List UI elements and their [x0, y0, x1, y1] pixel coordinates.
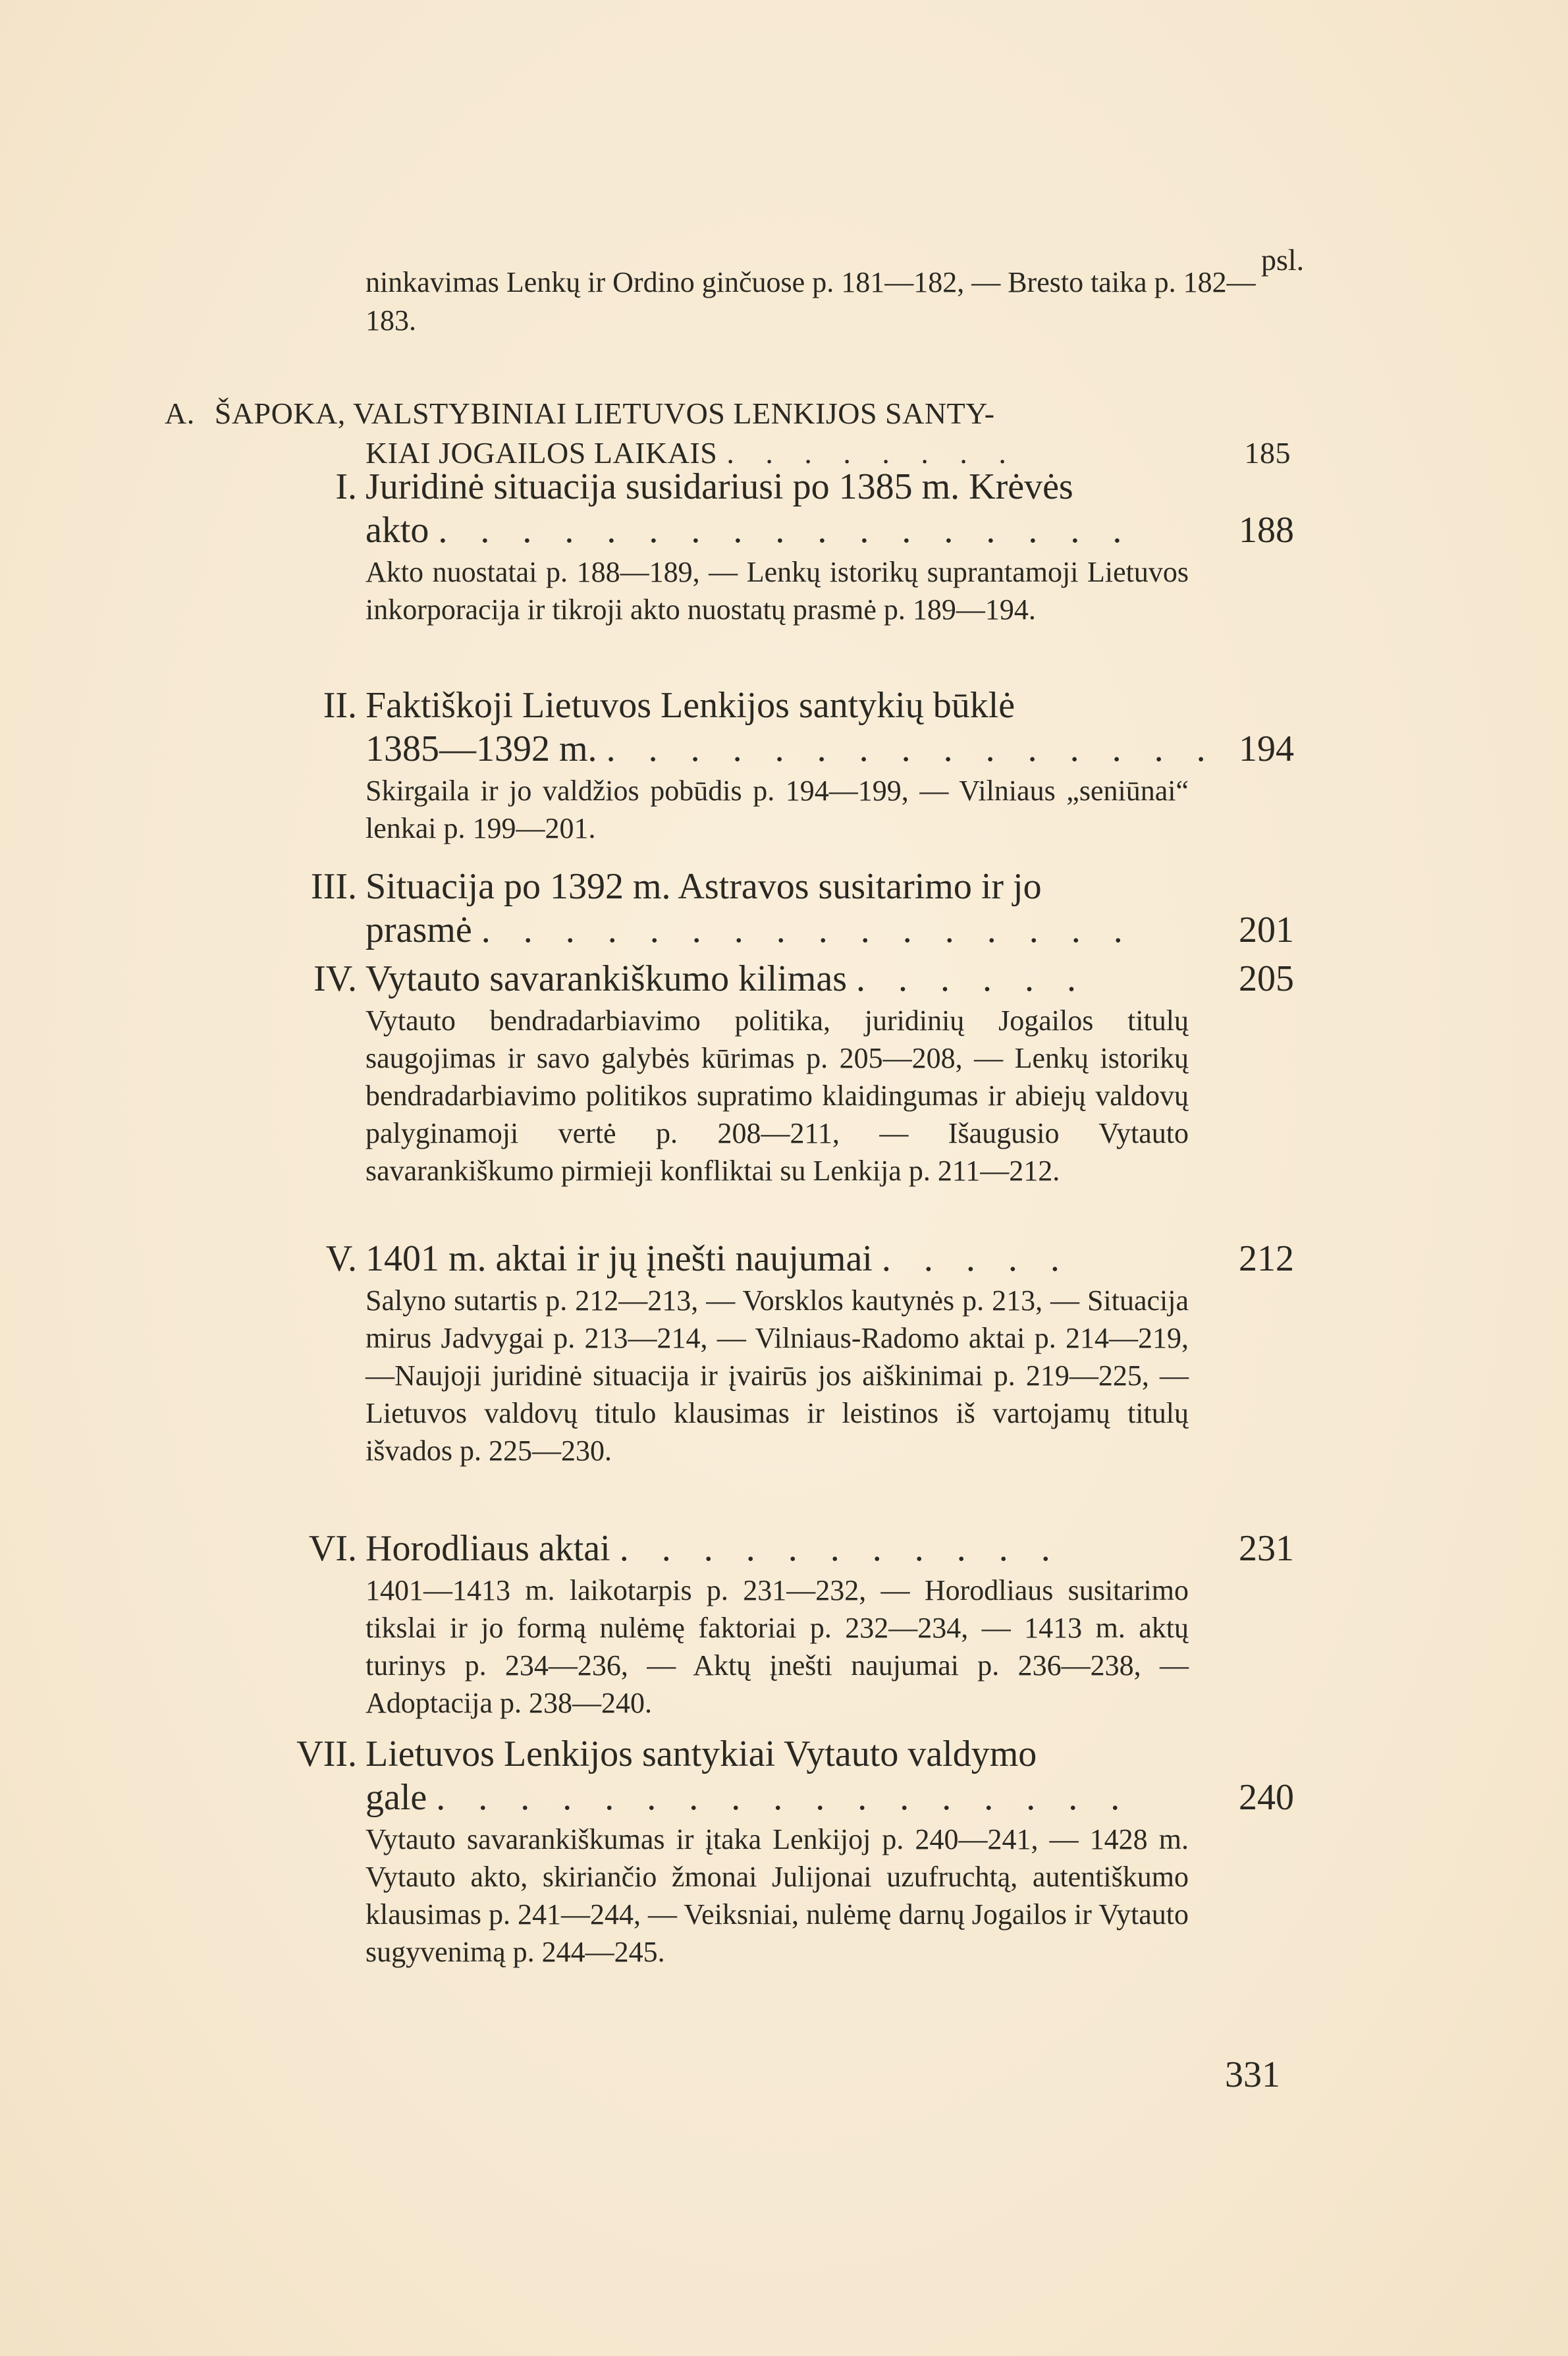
chapter-numeral: II.	[250, 684, 357, 727]
part-prefix: A.	[165, 397, 195, 430]
chapter-page-number: 231	[1232, 1527, 1294, 1570]
chapter-numeral: III.	[250, 865, 357, 908]
chapter-title-line2: 1401 m. aktai ir jų įnešti naujumai	[365, 1237, 873, 1280]
page-number-footer: 331	[1225, 2054, 1280, 2096]
chapter-title: Situacija po 1392 m. Astravos susitarimo…	[365, 865, 1294, 952]
chapter-numeral: VI.	[250, 1527, 357, 1570]
chapter-title-line2: 1385—1392 m.	[365, 727, 597, 771]
chapter-description: 1401—1413 m. laikotarpis p. 231—232, — H…	[365, 1572, 1189, 1722]
chapter-title-line2: prasmė	[365, 908, 472, 952]
chapter-title: Horodliaus aktai . . . . . . . . . . . 2…	[365, 1527, 1294, 1570]
chapter-page-number: 212	[1232, 1237, 1294, 1280]
chapter-page-number: 240	[1232, 1776, 1294, 1819]
chapter-numeral: I.	[250, 465, 357, 508]
part-title-line1: ŠAPOKA, VALSTYBINIAI LIETUVOS LENKIJOS S…	[215, 397, 995, 430]
chapter-description: Akto nuostatai p. 188—189, — Lenkų istor…	[365, 553, 1189, 628]
chapter-description: Salyno sutartis p. 212—213, — Vorsklos k…	[365, 1282, 1189, 1469]
chapter-page-number: 201	[1232, 908, 1294, 952]
chapter-numeral: V.	[250, 1237, 357, 1280]
chapter-page-number: 194	[1232, 727, 1294, 771]
chapter-title: Faktiškoji Lietuvos Lenkijos santykių bū…	[365, 684, 1294, 771]
part-heading-line1: A. ŠAPOKA, VALSTYBINIAI LIETUVOS LENKIJO…	[165, 394, 1291, 433]
dot-leader: . . . . . . . . . . . . . . . .	[472, 908, 1232, 952]
dot-leader: . . . . . . . . . . . . . . .	[597, 727, 1232, 771]
dot-leader: . . . . . . . . . . . . . . . . .	[429, 508, 1232, 552]
chapter-title: Lietuvos Lenkijos santykiai Vytauto vald…	[365, 1732, 1294, 1819]
chapter-title-line1: Juridinė situacija susidariusi po 1385 m…	[365, 465, 1294, 508]
dot-leader: . . . . . . . . . . . . . . . . .	[427, 1776, 1232, 1819]
chapter-title-line1: Faktiškoji Lietuvos Lenkijos santykių bū…	[365, 684, 1294, 727]
chapter-title-line2: gale	[365, 1776, 427, 1819]
part-heading: A. ŠAPOKA, VALSTYBINIAI LIETUVOS LENKIJO…	[165, 394, 1291, 473]
chapter-numeral: IV.	[250, 957, 357, 1000]
chapter-title-line1: Lietuvos Lenkijos santykiai Vytauto vald…	[365, 1732, 1294, 1776]
dot-leader: . . . . . . . . . . .	[610, 1527, 1232, 1570]
dot-leader: . . . . .	[873, 1237, 1232, 1280]
dot-leader: . . . . . .	[847, 957, 1232, 1000]
chapter-title-line2: Horodliaus aktai	[365, 1527, 610, 1570]
chapter-title: 1401 m. aktai ir jų įnešti naujumai . . …	[365, 1237, 1294, 1280]
chapter-title: Juridinė situacija susidariusi po 1385 m…	[365, 465, 1294, 552]
chapter-description: Skirgaila ir jo valdžios pobūdis p. 194—…	[365, 772, 1189, 847]
chapter-page-number: 188	[1232, 508, 1294, 552]
chapter-title-line1: Situacija po 1392 m. Astravos susitarimo…	[365, 865, 1294, 908]
carryover-description: ninkavimas Lenkų ir Ordino ginčuose p. 1…	[365, 263, 1294, 340]
chapter-title: Vytauto savarankiškumo kilimas . . . . .…	[365, 957, 1294, 1000]
book-page: psl. ninkavimas Lenkų ir Ordino ginčuose…	[0, 0, 1568, 2356]
chapter-description: Vytauto bendradarbiavimo politika, jurid…	[365, 1002, 1189, 1190]
chapter-numeral: VII.	[250, 1732, 357, 1776]
chapter-title-line2: Vytauto savarankiškumo kilimas	[365, 957, 847, 1000]
chapter-title-line2: akto	[365, 508, 429, 552]
chapter-page-number: 205	[1232, 957, 1294, 1000]
chapter-description: Vytauto savarankiškumas ir įtaka Lenkijo…	[365, 1821, 1189, 1971]
